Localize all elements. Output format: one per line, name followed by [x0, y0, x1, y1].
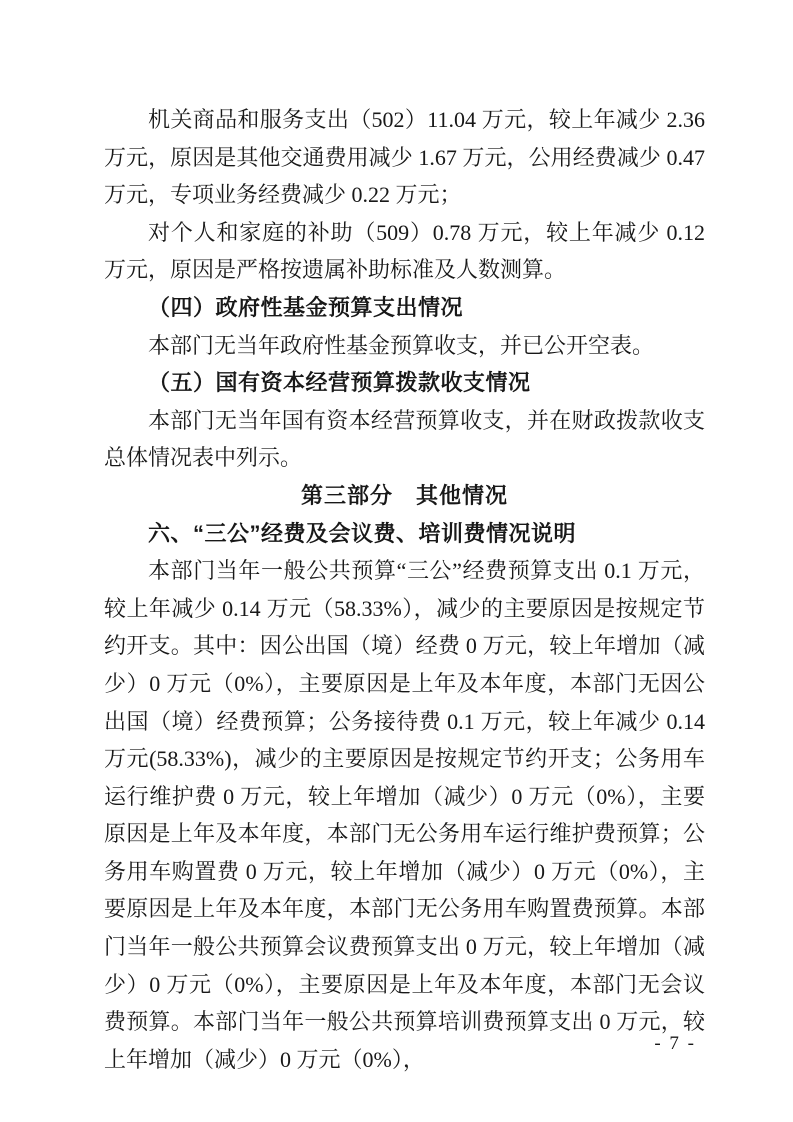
heading-6-three-public-funds-explanation: 六、“三公”经费及会议费、培训费情况说明 [104, 515, 705, 553]
paragraph-state-capital-budget-note: 本部门无当年国有资本经营预算收支，并在财政拨款收支总体情况表中列示。 [104, 402, 705, 477]
paragraph-gov-fund-budget-note: 本部门无当年政府性基金预算收支，并已公开空表。 [104, 327, 705, 365]
document-page: 机关商品和服务支出（502）11.04 万元，较上年减少 2.36 万元，原因是… [0, 0, 793, 1122]
heading-section-4-gov-fund-budget: （四）政府性基金预算支出情况 [104, 289, 705, 327]
paragraph-individual-family-subsidy: 对个人和家庭的补助（509）0.78 万元，较上年减少 0.12 万元，原因是严… [104, 214, 705, 289]
part-3-title-other-information: 第三部分 其他情况 [104, 477, 705, 515]
document-body: 机关商品和服务支出（502）11.04 万元，较上年减少 2.36 万元，原因是… [104, 101, 705, 1078]
paragraph-agency-goods-services-expense: 机关商品和服务支出（502）11.04 万元，较上年减少 2.36 万元，原因是… [104, 101, 705, 214]
paragraph-three-public-funds-details: 本部门当年一般公共预算“三公”经费预算支出 0.1 万元，较上年减少 0.14 … [104, 552, 705, 1078]
heading-section-5-state-capital-budget: （五）国有资本经营预算拨款收支情况 [104, 364, 705, 402]
page-number: - 7 - [654, 1031, 696, 1057]
